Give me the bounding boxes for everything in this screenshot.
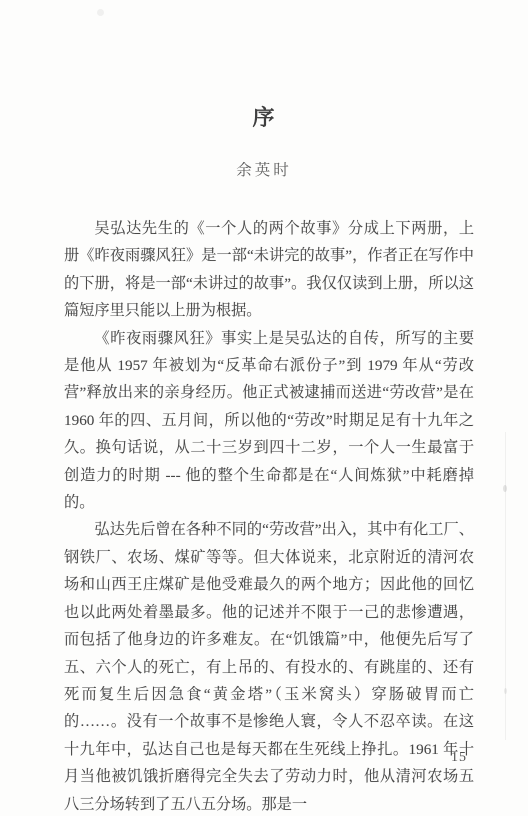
author-name: 余英时: [0, 158, 528, 180]
body-paragraph: 弘达先后曾在各种不同的“劳改营”出入，其中有化工厂、钢铁厂、农场、煤矿等等。但大…: [64, 516, 474, 816]
section-title: 序: [0, 101, 528, 132]
page-number: 15: [451, 750, 467, 766]
body-paragraph: 吴弘达先生的《一个人的两个故事》分成上下两册，上册《昨夜雨骤风狂》是一部“未讲完…: [64, 215, 474, 325]
scan-artifact-blob: [504, 688, 507, 694]
body-paragraph: 《昨夜雨骤风狂》事实上是吴弘达的自传，所写的主要是他从 1957 年被划为“反革…: [64, 325, 474, 517]
scan-artifact-blob: [503, 485, 507, 492]
scan-artifact-speck: [97, 9, 104, 16]
scanned-book-page: 序 余英时 吴弘达先生的《一个人的两个故事》分成上下两册，上册《昨夜雨骤风狂》是…: [0, 0, 528, 816]
body-text: 吴弘达先生的《一个人的两个故事》分成上下两册，上册《昨夜雨骤风狂》是一部“未讲完…: [64, 215, 474, 816]
